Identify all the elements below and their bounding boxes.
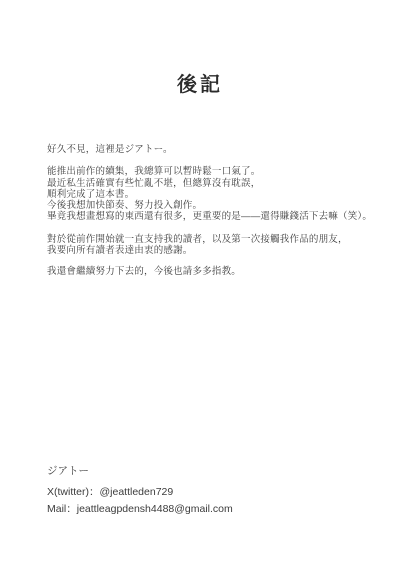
paragraph-closing: 我還會繼續努力下去的，今後也請多多指教。	[47, 266, 370, 277]
text-line: 我還會繼續努力下去的，今後也請多多指教。	[47, 266, 370, 277]
text-line: 好久不見，這裡是ジアトー。	[47, 144, 370, 155]
afterword-body: 好久不見，這裡是ジアトー。 能推出前作的續集，我總算可以暫時鬆一口氣了。 最近私…	[47, 144, 370, 278]
paragraph-thanks: 對於從前作開始就一直支持我的讀者，以及第一次接觸我作品的朋友， 我要向所有讀者表…	[47, 234, 370, 257]
text-line: 我要向所有讀者表達由衷的感謝。	[47, 245, 370, 256]
credits-block: ジアトー X(twitter)：@jeattleden729 Mail：jeat…	[47, 463, 233, 519]
text-line: 畢竟我想畫想寫的東西還有很多，更重要的是——還得賺錢活下去嘛（笑）。	[47, 211, 370, 222]
text-line: 對於從前作開始就一直支持我的讀者，以及第一次接觸我作品的朋友，	[47, 234, 370, 245]
text-line: 今後我想加快節奏、努力投入創作。	[47, 200, 370, 211]
text-line: 順利完成了這本書。	[47, 189, 370, 200]
twitter-handle: X(twitter)：@jeattleden729	[47, 484, 233, 502]
paragraph-greeting: 好久不見，這裡是ジアトー。	[47, 144, 370, 155]
text-line: 能推出前作的續集，我總算可以暫時鬆一口氣了。	[47, 166, 370, 177]
paragraph-production-notes: 能推出前作的續集，我總算可以暫時鬆一口氣了。 最近私生活確實有些忙亂不堪，但總算…	[47, 166, 370, 222]
page-title: 後記	[0, 68, 400, 97]
afterword-page: 後記 好久不見，這裡是ジアトー。 能推出前作的續集，我總算可以暫時鬆一口氣了。 …	[0, 0, 400, 565]
mail-address: Mail：jeattleagpdensh4488@gmail.com	[47, 501, 233, 519]
text-line: 最近私生活確實有些忙亂不堪，但總算沒有耽誤，	[47, 178, 370, 189]
author-name: ジアトー	[47, 463, 233, 481]
